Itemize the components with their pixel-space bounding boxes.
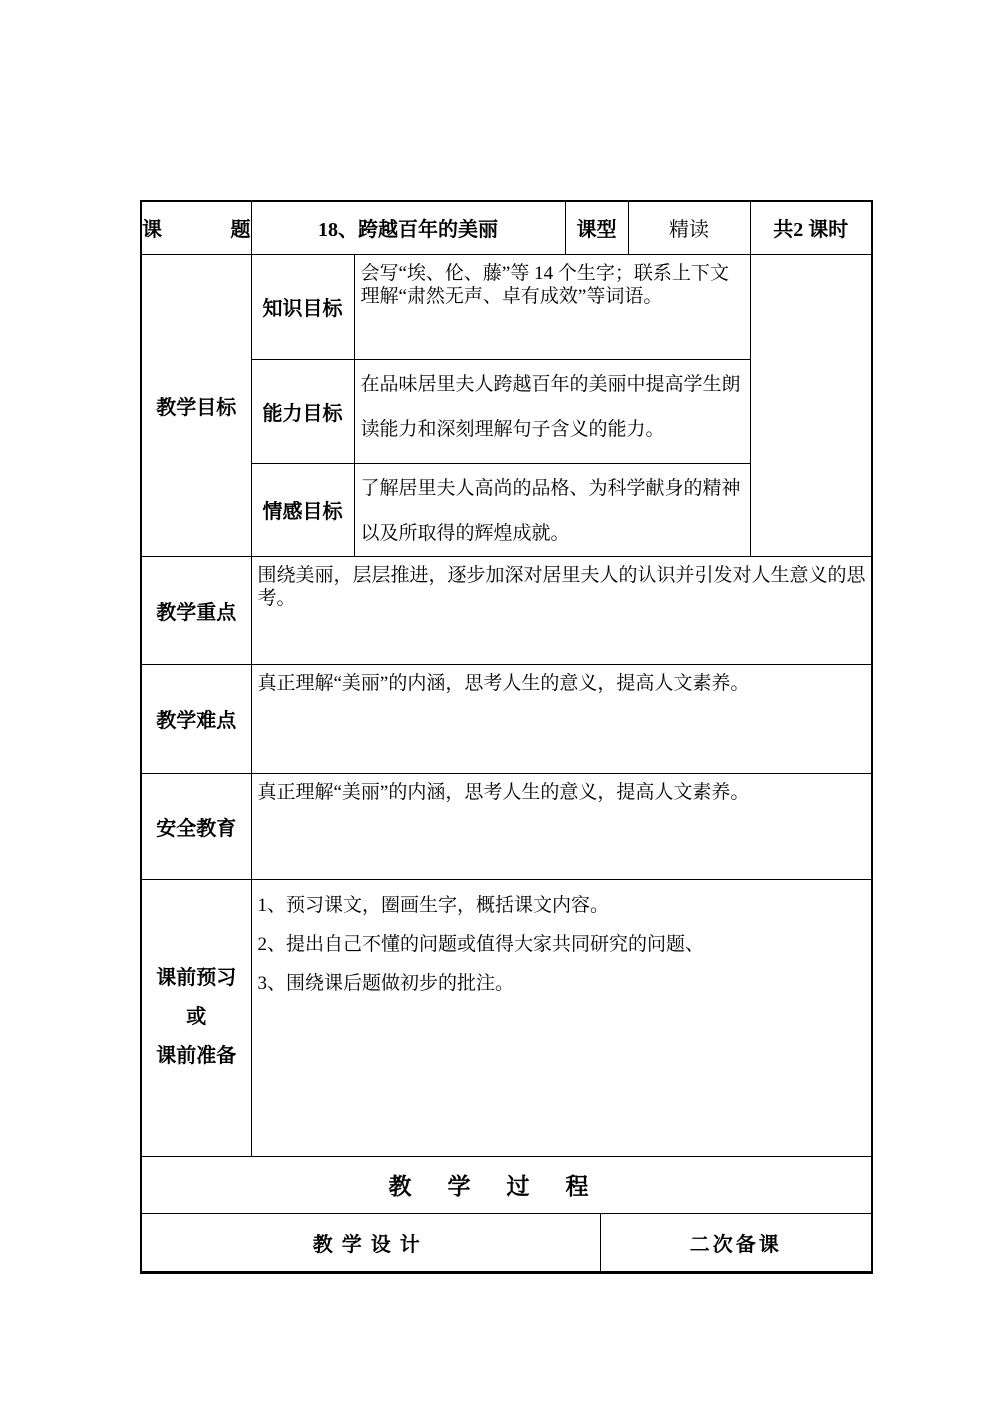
ability-objective-text: 在品味居里夫人跨越百年的美丽中提高学生朗读能力和深刻理解句子含义的能力。 (355, 360, 750, 452)
preparation-item-2: 2、提出自己不懂的问题或值得大家共同研究的问题、 (258, 925, 868, 964)
difficult-points-text-cell: 真正理解“美丽”的内涵，思考人生的意义，提高人文素养。 (251, 664, 872, 773)
subject-label: 课题 (141, 201, 251, 254)
preparation-row: 课前预习 或 课前准备 1、预习课文，圈画生字，概括课文内容。 2、提出自己不懂… (141, 879, 872, 1156)
preparation-label-line-3: 课前准备 (142, 1037, 251, 1076)
difficult-points-label: 教学难点 (141, 664, 251, 773)
knowledge-objective-label: 知识目标 (251, 254, 354, 359)
section-row-safety-education: 安全教育 真正理解“美丽”的内涵，思考人生的意义，提高人文素养。 (141, 773, 872, 879)
preparation-item-3: 3、围绕课后题做初步的批注。 (258, 964, 868, 1003)
preparation-label: 课前预习 或 课前准备 (141, 879, 251, 1156)
difficult-points-text: 真正理解“美丽”的内涵，思考人生的意义，提高人文素养。 (252, 665, 872, 695)
ability-objective-label: 能力目标 (251, 359, 354, 463)
preparation-list: 1、预习课文，圈画生字，概括课文内容。 2、提出自己不懂的问题或值得大家共同研究… (252, 880, 872, 1003)
emotion-objective-label: 情感目标 (251, 463, 354, 556)
key-points-text-cell: 围绕美丽，层层推进，逐步加深对居里夫人的认识并引发对人生意义的思考。 (251, 556, 872, 664)
section-row-key-points: 教学重点 围绕美丽，层层推进，逐步加深对居里夫人的认识并引发对人生意义的思考。 (141, 556, 872, 664)
ability-objective-text-cell: 在品味居里夫人跨越百年的美丽中提高学生朗读能力和深刻理解句子含义的能力。 (354, 359, 750, 463)
lesson-title: 18、跨越百年的美丽 (251, 201, 565, 254)
safety-education-text-cell: 真正理解“美丽”的内涵，思考人生的意义，提高人文素养。 (251, 773, 872, 879)
knowledge-objective-text-cell: 会写“埃、伦、藤”等 14 个生字；联系上下文理解“肃然无声、卓有成效”等词语。 (354, 254, 750, 359)
lesson-plan-table: 课题 18、跨越百年的美丽 课型 精读 共2 课时 教学目标 知识目标 会写“埃… (140, 200, 873, 1274)
preparation-item-1: 1、预习课文，圈画生字，概括课文内容。 (258, 886, 868, 925)
key-points-label: 教学重点 (141, 556, 251, 664)
course-type-value: 精读 (628, 201, 750, 254)
design-header-row: 教学设计 二次备课 (141, 1213, 872, 1272)
objective-row-ability: 能力目标 在品味居里夫人跨越百年的美丽中提高学生朗读能力和深刻理解句子含义的能力… (141, 359, 872, 463)
section-row-difficult-points: 教学难点 真正理解“美丽”的内涵，思考人生的意义，提高人文素养。 (141, 664, 872, 773)
preparation-label-line-2: 或 (142, 998, 251, 1037)
course-type-label: 课型 (565, 201, 628, 254)
safety-education-text: 真正理解“美丽”的内涵，思考人生的意义，提高人文素养。 (252, 774, 872, 804)
safety-education-label: 安全教育 (141, 773, 251, 879)
process-title: 教学过程 (141, 1156, 872, 1213)
preparation-items-cell: 1、预习课文，圈画生字，概括课文内容。 2、提出自己不懂的问题或值得大家共同研究… (251, 879, 872, 1156)
process-header-row: 教学过程 (141, 1156, 872, 1213)
objective-row-knowledge: 教学目标 知识目标 会写“埃、伦、藤”等 14 个生字；联系上下文理解“肃然无声… (141, 254, 872, 359)
key-points-text: 围绕美丽，层层推进，逐步加深对居里夫人的认识并引发对人生意义的思考。 (252, 557, 872, 610)
objective-row-emotion: 情感目标 了解居里夫人高尚的品格、为科学献身的精神以及所取得的辉煌成就。 (141, 463, 872, 556)
emotion-objective-text: 了解居里夫人高尚的品格、为科学献身的精神以及所取得的辉煌成就。 (355, 464, 750, 556)
periods-value: 共2 课时 (750, 201, 872, 254)
teaching-objectives-label: 教学目标 (141, 254, 251, 556)
knowledge-objective-text: 会写“埃、伦、藤”等 14 个生字；联系上下文理解“肃然无声、卓有成效”等词语。 (355, 255, 750, 308)
emotion-objective-text-cell: 了解居里夫人高尚的品格、为科学献身的精神以及所取得的辉煌成就。 (354, 463, 750, 556)
teaching-design-label: 教学设计 (141, 1213, 600, 1272)
header-row: 课题 18、跨越百年的美丽 课型 精读 共2 课时 (141, 201, 872, 254)
lesson-plan-page: 课题 18、跨越百年的美丽 课型 精读 共2 课时 教学目标 知识目标 会写“埃… (0, 0, 993, 1404)
preparation-label-line-1: 课前预习 (142, 959, 251, 998)
second-preparation-label: 二次备课 (600, 1213, 872, 1272)
